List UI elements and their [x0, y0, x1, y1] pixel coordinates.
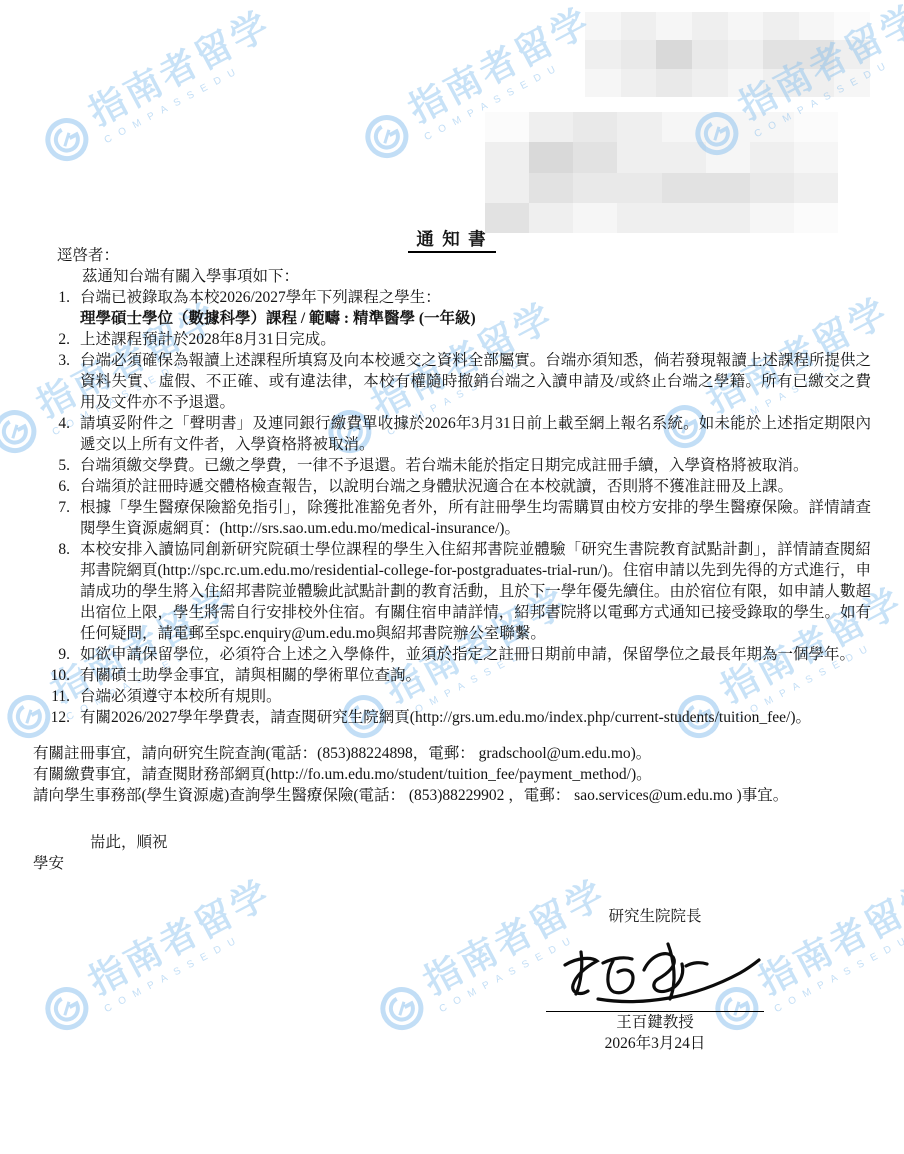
- handwritten-signature: [540, 937, 770, 1011]
- list-item-text: 有關碩士助學金事宜，請與相關的學術單位查詢。: [80, 665, 871, 686]
- compass-logo-icon: [354, 104, 419, 169]
- list-item: 7. 根據「學生醫療保險豁免指引」，除獲批准豁免者外，所有註冊學生均需購買由校方…: [33, 497, 871, 539]
- list-item-text: 請填妥附件之「聲明書」及連同銀行繳費單收據於2026年3月31日前上載至網上報名…: [80, 413, 871, 455]
- redacted-region-middle: [485, 112, 838, 233]
- watermark-text: 指南者留学: [82, 873, 278, 1003]
- list-item: 12. 有關2026/2027學年學費表，請查閱研究生院網頁(http://gr…: [33, 707, 871, 728]
- list-item: 3. 台端必須確保為報讀上述課程所填寫及向本校遞交之資料全部屬實。台端亦須知悉，…: [33, 350, 871, 413]
- list-item-number: 10.: [33, 665, 70, 686]
- watermark-subtext: COMPASSEDU: [103, 63, 245, 146]
- signature-date: 2026年3月24日: [540, 1033, 770, 1054]
- list-item-number: 4.: [33, 413, 70, 455]
- list-item: 10. 有關碩士助學金事宜，請與相關的學術單位查詢。: [33, 665, 871, 686]
- salutation: 逕啓者：: [33, 245, 871, 266]
- list-item: 8. 本校安排入讀協同創新研究院碩士學位課程的學生入住紹邦書院並體驗「研究生書院…: [33, 539, 871, 644]
- closing-line: 耑此，順祝: [33, 832, 871, 853]
- watermark-subtext: COMPASSEDU: [103, 932, 245, 1015]
- notice-letter-page: 指南者留学COMPASSEDU 指南者留学COMPASSEDU 指南者留学COM…: [0, 0, 904, 1154]
- list-item-number: 1.: [33, 287, 70, 329]
- list-item-number: 7.: [33, 497, 70, 539]
- list-item-number: 8.: [33, 539, 70, 644]
- watermark-tile: 指南者留学COMPASSEDU: [33, 874, 286, 1043]
- intro-line: 茲通知台端有關入學事項如下：: [33, 266, 871, 287]
- list-item-text: 台端已被錄取為本校2026/2027學年下列課程之學生： 理學碩士學位（數據科學…: [80, 287, 871, 329]
- watermark-text: 指南者留学: [752, 873, 904, 1003]
- letter-body: 逕啓者： 茲通知台端有關入學事項如下： 1. 台端已被錄取為本校2026/202…: [33, 245, 871, 874]
- contact-paragraph: 有關繳費事宜，請查閱財務部網頁(http://fo.um.edu.mo/stud…: [33, 764, 871, 785]
- list-item-number: 5.: [33, 455, 70, 476]
- signer-name: 王百鍵教授: [540, 1012, 770, 1033]
- list-item-text: 如欲申請保留學位，必須符合上述之入學條件，並須於指定之註冊日期前申請，保留學位之…: [80, 644, 871, 665]
- list-item: 2. 上述課程預計於2028年8月31日完成。: [33, 329, 871, 350]
- list-item-line: 台端已被錄取為本校2026/2027學年下列課程之學生：: [80, 287, 871, 308]
- list-item-number: 12.: [33, 707, 70, 728]
- list-item: 6. 台端須於註冊時遞交體格檢查報告，以說明台端之身體狀況適合在本校就讀，否則將…: [33, 476, 871, 497]
- list-item: 4. 請填妥附件之「聲明書」及連同銀行繳費單收據於2026年3月31日前上載至網…: [33, 413, 871, 455]
- list-item: 1. 台端已被錄取為本校2026/2027學年下列課程之學生： 理學碩士學位（數…: [33, 287, 871, 329]
- signature-block: 研究生院院長 王百鍵教授 2026年3月24日: [540, 906, 770, 1054]
- list-item-text: 台端必須遵守本校所有規則。: [80, 686, 871, 707]
- contact-paragraph: 有關註冊事宜，請向研究生院查詢(電話：(853)88224898，電郵： gra…: [33, 743, 871, 764]
- admitted-programme: 理學碩士學位（數據科學）課程 / 範疇 : 精準醫學 (一年級): [80, 308, 871, 329]
- compass-logo-icon: [34, 976, 99, 1041]
- watermark-text: 指南者留学: [82, 4, 278, 134]
- list-item-number: 6.: [33, 476, 70, 497]
- closing-wish: 學安: [33, 853, 871, 874]
- contact-paragraph: 請向學生事務部(學生資源處)查詢學生醫療保險(電話： (853)88229902…: [33, 785, 871, 806]
- list-item-text: 台端必須確保為報讀上述課程所填寫及向本校遞交之資料全部屬實。台端亦須知悉，倘若發…: [80, 350, 871, 413]
- list-item-text: 上述課程預計於2028年8月31日完成。: [80, 329, 871, 350]
- compass-logo-icon: [34, 107, 99, 172]
- list-item: 9. 如欲申請保留學位，必須符合上述之入學條件，並須於指定之註冊日期前申請，保留…: [33, 644, 871, 665]
- contact-paragraphs: 有關註冊事宜，請向研究生院查詢(電話：(853)88224898，電郵： gra…: [33, 743, 871, 806]
- signer-title: 研究生院院長: [540, 906, 770, 927]
- list-item: 5. 台端須繳交學費。已繳之學費，一律不予退還。若台端未能於指定日期完成註冊手續…: [33, 455, 871, 476]
- list-item-number: 9.: [33, 644, 70, 665]
- list-item-number: 11.: [33, 686, 70, 707]
- list-item-text: 有關2026/2027學年學費表，請查閱研究生院網頁(http://grs.um…: [80, 707, 871, 728]
- list-item-text: 本校安排入讀協同創新研究院碩士學位課程的學生入住紹邦書院並體驗「研究生書院教育試…: [80, 539, 871, 644]
- compass-logo-icon: [369, 976, 434, 1041]
- watermark-subtext: COMPASSEDU: [773, 932, 904, 1015]
- list-item-number: 3.: [33, 350, 70, 413]
- list-item-text: 台端須繳交學費。已繳之學費，一律不予退還。若台端未能於指定日期完成註冊手續，入學…: [80, 455, 871, 476]
- closing-block: 耑此，順祝 學安: [33, 832, 871, 874]
- redacted-region-top: [585, 12, 870, 97]
- list-item-number: 2.: [33, 329, 70, 350]
- list-item-text: 根據「學生醫療保險豁免指引」，除獲批准豁免者外，所有註冊學生均需購買由校方安排的…: [80, 497, 871, 539]
- list-item-text: 台端須於註冊時遞交體格檢查報告，以說明台端之身體狀況適合在本校就讀，否則將不獲准…: [80, 476, 871, 497]
- list-item: 11. 台端必須遵守本校所有規則。: [33, 686, 871, 707]
- watermark-tile: 指南者留学COMPASSEDU: [33, 5, 286, 174]
